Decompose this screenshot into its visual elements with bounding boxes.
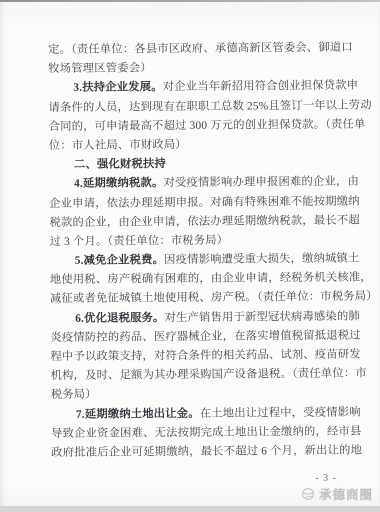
document-bold-lead: 二、强化财税扶持 [74,158,166,171]
document-bold-lead: 7.延期缴纳土地出让金。 [76,407,200,420]
document-line: 政府批准后企业可延期缴纳，最长不超过 6 个月，新出让的地 [51,442,353,464]
document-line: 4.延期缴纳税款。对受疫情影响办理申报困难的企业，由 [49,173,351,195]
document-text: 请条件的人员，达到现有在职职工总数 25%且签订一年以上劳动 [48,99,371,114]
document-line: 5.减免企业税费。因疫情影响遭受重大损失，缴纳城镇土 [50,250,352,272]
document-bold-lead: 6.优化退税服务。 [75,312,164,325]
scanned-document-page: 定。（责任单位：各县市区政府、承德高新区管委会、御道口牧场管理区管委会）3.扶持… [0,0,380,512]
document-line: 7.延期缴纳土地出让金。在土地出让过程中，受疫情影响 [51,403,353,425]
watermark-text: 承德商圈 [319,485,373,503]
document-text: 对受疫情影响办理申报困难的企业，由 [163,176,359,190]
document-text: 税款的企业，由企业申请，依法办理延期缴纳税款，最长不超 [49,214,360,228]
document-line: 机构，及时、足额为其办理采购国产设备退税。（责任单位：市 [51,365,353,387]
document-line: 定。（责任单位：各县市区政府、承德高新区管委会、御道口 [48,39,350,61]
document-text: 定。（责任单位：各县市区政府、承德高新区管委会、御道口 [48,42,353,56]
watermark: 承德商圈 [301,485,373,503]
document-line: 6.优化退税服务。对生产销售用于新型冠状病毒感染的肺 [50,307,352,329]
document-text: 对企业当年新招用符合创业担保贷款申 [163,80,359,94]
document-text: 对生产销售用于新型冠状病毒感染的肺 [164,310,360,324]
document-line: 税务局） [51,384,353,406]
document-bold-lead: 3.扶持企业发展。 [73,81,162,94]
document-text: 减征或者免征城镇土地使用税、房产税。（责任单位：市税务局） [50,291,378,306]
globe-swirl-icon [301,487,315,501]
document-bold-lead: 5.减免企业税费。 [75,254,164,267]
page-bottom-edge [0,506,380,512]
document-line: 过 3 个月。（责任单位：市税务局） [50,230,352,252]
document-text: 程中予以政策支持，对符合条件的相关药品、试剂、疫苗研发 [50,349,361,363]
document-line: 请条件的人员，达到现有在职职工总数 25%且签订一年以上劳动 [48,96,350,118]
document-line: 二、强化财税扶持 [49,154,351,176]
document-line: 减征或者免征城镇土地使用税、房产税。（责任单位：市税务局） [50,288,352,310]
document-line: 炎疫情防控的药品、医疗器械企业，在落实增值税留抵退税过 [50,326,352,348]
document-text: 过 3 个月。（责任单位：市税务局） [50,234,229,247]
document-line: 位：市人社局、市财政局） [49,135,351,157]
document-text: 因疫情影响遭受重大损失，缴纳城镇土 [164,253,360,267]
page-top-edge [0,0,380,2]
document-text: 机构，及时、足额为其办理采购国产设备退税。（责任单位：市 [51,368,367,382]
page-number: - 3 - [315,473,337,484]
document-text: 企业申请，依法办理延期申报。对确有特殊困难不能按期缴纳 [49,195,360,209]
document-line: 税款的企业，由企业申请，依法办理延期缴纳税款，最长不超 [49,211,351,233]
document-text: 合同的，可申请最高不超过 300 万元的创业担保贷款。（责任单 [49,118,366,132]
document-text: 导致企业资金困难、无法按期完成土地出让金缴纳的，经市县 [51,425,362,439]
document-text: 牧场管理区管委会） [48,62,152,75]
document-line: 程中予以政策支持，对符合条件的相关药品、试剂、疫苗研发 [50,346,352,368]
document-text: 位：市人社局、市财政局） [49,139,187,152]
document-line: 合同的，可申请最高不超过 300 万元的创业担保贷款。（责任单 [49,115,351,137]
document-text: 炎疫情防控的药品、医疗器械企业，在落实增值税留抵退税过 [50,329,361,343]
document-line: 企业申请，依法办理延期申报。对确有特殊困难不能按期缴纳 [49,192,351,214]
document-text: 地使用税、房产税确有困难的，由企业申请，经税务机关核准， [50,272,372,287]
document-text: 政府批准后企业可延期缴纳，最长不超过 6 个月，新出让的地 [51,444,362,458]
document-bold-lead: 4.延期缴纳税款。 [74,177,163,190]
document-body: 定。（责任单位：各县市区政府、承德高新区管委会、御道口牧场管理区管委会）3.扶持… [48,39,353,463]
document-text: 税务局） [51,389,97,401]
document-text: 在土地出让过程中，受疫情影响 [200,406,361,419]
document-line: 牧场管理区管委会） [48,58,350,80]
document-line: 导致企业资金困难、无法按期完成土地出让金缴纳的，经市县 [51,422,353,444]
document-line: 地使用税、房产税确有困难的，由企业申请，经税务机关核准， [50,269,352,291]
document-line: 3.扶持企业发展。对企业当年新招用符合创业担保贷款申 [48,77,350,99]
